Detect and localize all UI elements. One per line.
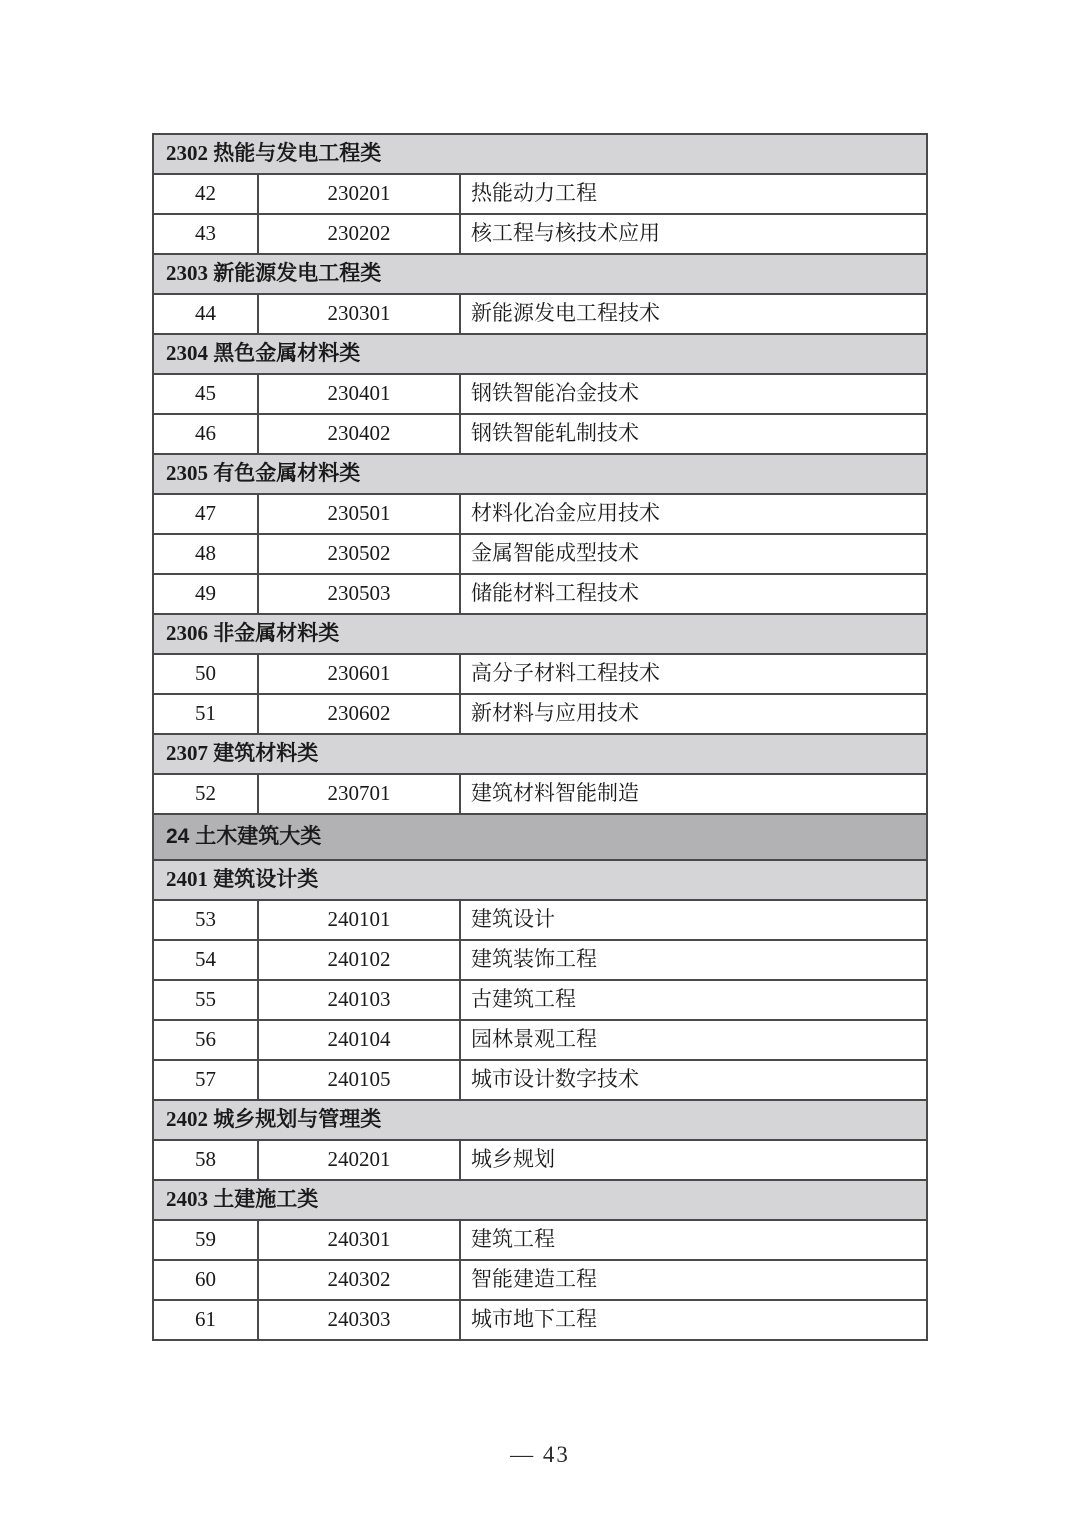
major-name-cell: 新材料与应用技术 bbox=[460, 694, 927, 734]
row-index-cell: 44 bbox=[153, 294, 258, 334]
major-name-cell: 钢铁智能轧制技术 bbox=[460, 414, 927, 454]
table-row: 46230402钢铁智能轧制技术 bbox=[153, 414, 927, 454]
section-header-label: 2402 城乡规划与管理类 bbox=[153, 1100, 927, 1140]
major-code-cell: 240104 bbox=[258, 1020, 460, 1060]
section-header-label: 2307 建筑材料类 bbox=[153, 734, 927, 774]
major-code-cell: 230503 bbox=[258, 574, 460, 614]
page-number: — 43 bbox=[0, 1442, 1080, 1468]
row-index-cell: 54 bbox=[153, 940, 258, 980]
section-header-row: 2307 建筑材料类 bbox=[153, 734, 927, 774]
major-code-cell: 230701 bbox=[258, 774, 460, 814]
row-index-cell: 58 bbox=[153, 1140, 258, 1180]
section-header-row: 2302 热能与发电工程类 bbox=[153, 134, 927, 174]
table-row: 53240101建筑设计 bbox=[153, 900, 927, 940]
major-name-cell: 热能动力工程 bbox=[460, 174, 927, 214]
table-row: 44230301新能源发电工程技术 bbox=[153, 294, 927, 334]
major-code-cell: 240201 bbox=[258, 1140, 460, 1180]
major-code-cell: 230401 bbox=[258, 374, 460, 414]
section-header-label: 2403 土建施工类 bbox=[153, 1180, 927, 1220]
section-header-row: 2303 新能源发电工程类 bbox=[153, 254, 927, 294]
major-name-cell: 园林景观工程 bbox=[460, 1020, 927, 1060]
section-header-row: 2304 黑色金属材料类 bbox=[153, 334, 927, 374]
table-row: 42230201热能动力工程 bbox=[153, 174, 927, 214]
row-index-cell: 57 bbox=[153, 1060, 258, 1100]
document-page: 2302 热能与发电工程类42230201热能动力工程43230202核工程与核… bbox=[0, 0, 1080, 1527]
row-index-cell: 56 bbox=[153, 1020, 258, 1060]
table-row: 45230401钢铁智能冶金技术 bbox=[153, 374, 927, 414]
section-header-label: 2305 有色金属材料类 bbox=[153, 454, 927, 494]
row-index-cell: 52 bbox=[153, 774, 258, 814]
major-name-cell: 城市地下工程 bbox=[460, 1300, 927, 1340]
major-code-cell: 240105 bbox=[258, 1060, 460, 1100]
major-code-cell: 230402 bbox=[258, 414, 460, 454]
major-code-cell: 230602 bbox=[258, 694, 460, 734]
table-row: 48230502金属智能成型技术 bbox=[153, 534, 927, 574]
table-row: 55240103古建筑工程 bbox=[153, 980, 927, 1020]
catalog-table-body: 2302 热能与发电工程类42230201热能动力工程43230202核工程与核… bbox=[153, 134, 927, 1340]
major-name-cell: 智能建造工程 bbox=[460, 1260, 927, 1300]
section-header-label: 2306 非金属材料类 bbox=[153, 614, 927, 654]
section-header-label: 2302 热能与发电工程类 bbox=[153, 134, 927, 174]
section-header-label: 2303 新能源发电工程类 bbox=[153, 254, 927, 294]
row-index-cell: 49 bbox=[153, 574, 258, 614]
major-name-cell: 高分子材料工程技术 bbox=[460, 654, 927, 694]
major-name-cell: 建筑设计 bbox=[460, 900, 927, 940]
table-row: 49230503储能材料工程技术 bbox=[153, 574, 927, 614]
table-row: 43230202核工程与核技术应用 bbox=[153, 214, 927, 254]
section-header-row: 2402 城乡规划与管理类 bbox=[153, 1100, 927, 1140]
major-code-cell: 240101 bbox=[258, 900, 460, 940]
major-code-cell: 230202 bbox=[258, 214, 460, 254]
major-name-cell: 建筑装饰工程 bbox=[460, 940, 927, 980]
major-name-cell: 核工程与核技术应用 bbox=[460, 214, 927, 254]
section-header-row: 2403 土建施工类 bbox=[153, 1180, 927, 1220]
major-code-cell: 240302 bbox=[258, 1260, 460, 1300]
major-code-cell: 230301 bbox=[258, 294, 460, 334]
major-name-cell: 金属智能成型技术 bbox=[460, 534, 927, 574]
row-index-cell: 61 bbox=[153, 1300, 258, 1340]
major-catalog-table: 2302 热能与发电工程类42230201热能动力工程43230202核工程与核… bbox=[152, 133, 928, 1341]
major-code-cell: 240103 bbox=[258, 980, 460, 1020]
table-row: 50230601高分子材料工程技术 bbox=[153, 654, 927, 694]
major-code-cell: 240102 bbox=[258, 940, 460, 980]
table-row: 58240201城乡规划 bbox=[153, 1140, 927, 1180]
section-header-row: 2305 有色金属材料类 bbox=[153, 454, 927, 494]
table-row: 51230602新材料与应用技术 bbox=[153, 694, 927, 734]
row-index-cell: 53 bbox=[153, 900, 258, 940]
major-name-cell: 古建筑工程 bbox=[460, 980, 927, 1020]
major-name-cell: 城市设计数字技术 bbox=[460, 1060, 927, 1100]
table-row: 54240102建筑装饰工程 bbox=[153, 940, 927, 980]
major-code-cell: 240303 bbox=[258, 1300, 460, 1340]
row-index-cell: 55 bbox=[153, 980, 258, 1020]
major-header-label: 24 土木建筑大类 bbox=[153, 814, 927, 860]
table-row: 61240303城市地下工程 bbox=[153, 1300, 927, 1340]
major-code-cell: 230201 bbox=[258, 174, 460, 214]
major-code-cell: 230501 bbox=[258, 494, 460, 534]
section-header-label: 2401 建筑设计类 bbox=[153, 860, 927, 900]
major-name-cell: 城乡规划 bbox=[460, 1140, 927, 1180]
table-row: 52230701建筑材料智能制造 bbox=[153, 774, 927, 814]
row-index-cell: 46 bbox=[153, 414, 258, 454]
table-row: 60240302智能建造工程 bbox=[153, 1260, 927, 1300]
major-header-row: 24 土木建筑大类 bbox=[153, 814, 927, 860]
row-index-cell: 45 bbox=[153, 374, 258, 414]
row-index-cell: 51 bbox=[153, 694, 258, 734]
section-header-label: 2304 黑色金属材料类 bbox=[153, 334, 927, 374]
table-row: 47230501材料化冶金应用技术 bbox=[153, 494, 927, 534]
major-name-cell: 建筑工程 bbox=[460, 1220, 927, 1260]
major-name-cell: 钢铁智能冶金技术 bbox=[460, 374, 927, 414]
table-row: 59240301建筑工程 bbox=[153, 1220, 927, 1260]
major-name-cell: 新能源发电工程技术 bbox=[460, 294, 927, 334]
major-name-cell: 材料化冶金应用技术 bbox=[460, 494, 927, 534]
major-name-cell: 建筑材料智能制造 bbox=[460, 774, 927, 814]
row-index-cell: 42 bbox=[153, 174, 258, 214]
row-index-cell: 47 bbox=[153, 494, 258, 534]
section-header-row: 2401 建筑设计类 bbox=[153, 860, 927, 900]
row-index-cell: 50 bbox=[153, 654, 258, 694]
section-header-row: 2306 非金属材料类 bbox=[153, 614, 927, 654]
row-index-cell: 43 bbox=[153, 214, 258, 254]
row-index-cell: 59 bbox=[153, 1220, 258, 1260]
row-index-cell: 48 bbox=[153, 534, 258, 574]
major-code-cell: 230502 bbox=[258, 534, 460, 574]
major-code-cell: 240301 bbox=[258, 1220, 460, 1260]
major-name-cell: 储能材料工程技术 bbox=[460, 574, 927, 614]
row-index-cell: 60 bbox=[153, 1260, 258, 1300]
table-row: 56240104园林景观工程 bbox=[153, 1020, 927, 1060]
major-code-cell: 230601 bbox=[258, 654, 460, 694]
table-row: 57240105城市设计数字技术 bbox=[153, 1060, 927, 1100]
